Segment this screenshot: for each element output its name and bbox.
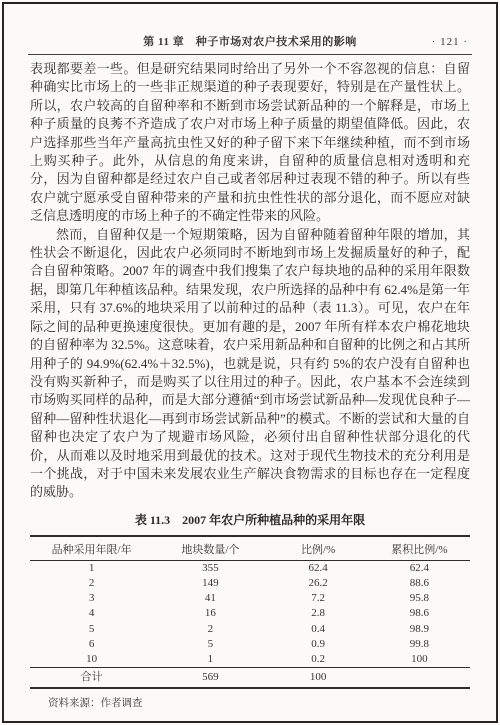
table-body: 135562.462.4214926.288.63417.295.84162.8… (30, 560, 470, 688)
table-row: 135562.462.4 (30, 560, 470, 576)
header-rule (28, 54, 472, 55)
table-row: 1010.2100 (30, 652, 470, 668)
table-header-row: 品种采用年限/年 地块数量/个 比例/% 累积比例/% (30, 536, 470, 561)
column-header-year: 品种采用年限/年 (30, 536, 153, 561)
running-head: 第 11 章 种子市场对农户技术采用的影响 · 121 · (30, 34, 470, 50)
table-cell: 41 (153, 591, 267, 606)
table-cell: 0.2 (268, 652, 369, 668)
table-cell: 62.4 (268, 560, 369, 576)
body-text: 表现都要差一些。但是研究结果同时给出了另外一个不容忽视的信息：自留种确实比市场上… (30, 60, 470, 502)
table-cell: 4 (30, 606, 153, 621)
table-cell: 100 (369, 652, 470, 668)
table-cell: 88.6 (369, 576, 470, 591)
table-cell: 7.2 (268, 591, 369, 606)
table-cell: 2 (30, 576, 153, 591)
table-total-cell (369, 667, 470, 687)
table-total-row: 合计569100 (30, 667, 470, 687)
table-total-cell: 合计 (30, 667, 153, 687)
table-row: 4162.898.6 (30, 606, 470, 621)
column-header-cumulative-percent: 累积比例/% (369, 536, 470, 561)
table-cell: 1 (153, 652, 267, 668)
table-header: 品种采用年限/年 地块数量/个 比例/% 累积比例/% (30, 536, 470, 561)
table-cell: 5 (153, 637, 267, 652)
table-cell: 3 (30, 591, 153, 606)
column-header-percent: 比例/% (268, 536, 369, 561)
adoption-years-table: 品种采用年限/年 地块数量/个 比例/% 累积比例/% 135562.462.4… (30, 535, 470, 689)
table-cell: 10 (30, 652, 153, 668)
table-cell: 0.9 (268, 637, 369, 652)
column-header-plots: 地块数量/个 (153, 536, 267, 561)
table-cell: 5 (30, 621, 153, 636)
paragraph-second: 然而，自留种仅是一个短期策略，因为自留种随着留种年限的增加，其性状会不断退化，因… (30, 226, 470, 502)
scanned-book-page: 第 11 章 种子市场对农户技术采用的影响 · 121 · 表现都要差一些。但是… (0, 0, 500, 725)
table-cell: 62.4 (369, 560, 470, 576)
table-cell: 2 (153, 621, 267, 636)
table-row: 214926.288.6 (30, 576, 470, 591)
table-row: 3417.295.8 (30, 591, 470, 606)
table-cell: 16 (153, 606, 267, 621)
table-row: 520.498.9 (30, 621, 470, 636)
table-cell: 98.9 (369, 621, 470, 636)
table-caption: 表 11.3 2007 年农户所种植品种的采用年限 (0, 511, 500, 528)
page-number: · 121 · (432, 34, 468, 50)
table-total-cell: 100 (268, 667, 369, 687)
table-cell: 355 (153, 560, 267, 576)
table-total-cell: 569 (153, 667, 267, 687)
table-cell: 1 (30, 560, 153, 576)
chapter-title: 第 11 章 种子市场对农户技术采用的影响 (30, 34, 470, 50)
table-cell: 99.8 (369, 637, 470, 652)
table-cell: 149 (153, 576, 267, 591)
table-cell: 95.8 (369, 591, 470, 606)
table-cell: 6 (30, 637, 153, 652)
table-row: 650.999.8 (30, 637, 470, 652)
table-cell: 98.6 (369, 606, 470, 621)
source-note: 资料来源：作者调查 (48, 695, 470, 710)
table-cell: 0.4 (268, 621, 369, 636)
table-cell: 26.2 (268, 576, 369, 591)
table-cell: 2.8 (268, 606, 369, 621)
paragraph-continued: 表现都要差一些。但是研究结果同时给出了另外一个不容忽视的信息：自留种确实比市场上… (30, 60, 470, 226)
